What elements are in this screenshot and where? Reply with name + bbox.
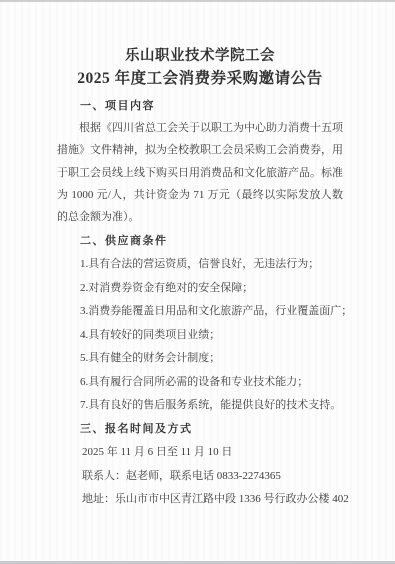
document-page: 乐山职业技术学院工会 2025 年度工会消费券采购邀请公告 一、项目内容 根据《… (0, 0, 395, 564)
supplier-condition-item-5: 5.具有健全的财务会计制度； (57, 350, 343, 366)
supplier-condition-item-4: 4.具有较好的同类项目业绩； (57, 327, 343, 343)
supplier-condition-item-3: 3.消费券能覆盖日用品和文化旅游产品，行业覆盖面广； (57, 303, 343, 319)
supplier-condition-item-7: 7.具有良好的售后服务系统，能提供良好的技术支持。 (57, 397, 343, 413)
supplier-condition-item-2: 2.对消费券资金有绝对的安全保障； (57, 280, 343, 296)
address-line: 地址：乐山市市中区青江路中段 1336 号行政办公楼 402 (57, 491, 343, 507)
supplier-condition-item-6: 6.具有履行合同所必需的设备和专业技术能力； (57, 374, 343, 390)
section-heading-registration: 三、报名时间及方式 (57, 421, 343, 437)
page-title-line2: 2025 年度工会消费券采购邀请公告 (57, 68, 343, 90)
registration-date-range: 2025 年 11 月 6 日至 11 月 10 日 (57, 444, 343, 460)
document-body: 乐山职业技术学院工会 2025 年度工会消费券采购邀请公告 一、项目内容 根据《… (0, 2, 395, 561)
section-heading-supplier-conditions: 二、供应商条件 (57, 233, 343, 249)
page-title-line1: 乐山职业技术学院工会 (57, 46, 343, 66)
section-heading-project-content: 一、项目内容 (57, 98, 343, 114)
contact-person-line: 联系人：赵老师，联系电话 0833-2274365 (57, 468, 343, 484)
supplier-condition-item-1: 1.具有合法的营运资质，信誉良好，无违法行为； (57, 256, 343, 272)
project-content-paragraph: 根据《四川省总工会关于以职工为中心助力消费十五项措施》文件精神，拟为全校教职工会… (57, 117, 343, 228)
